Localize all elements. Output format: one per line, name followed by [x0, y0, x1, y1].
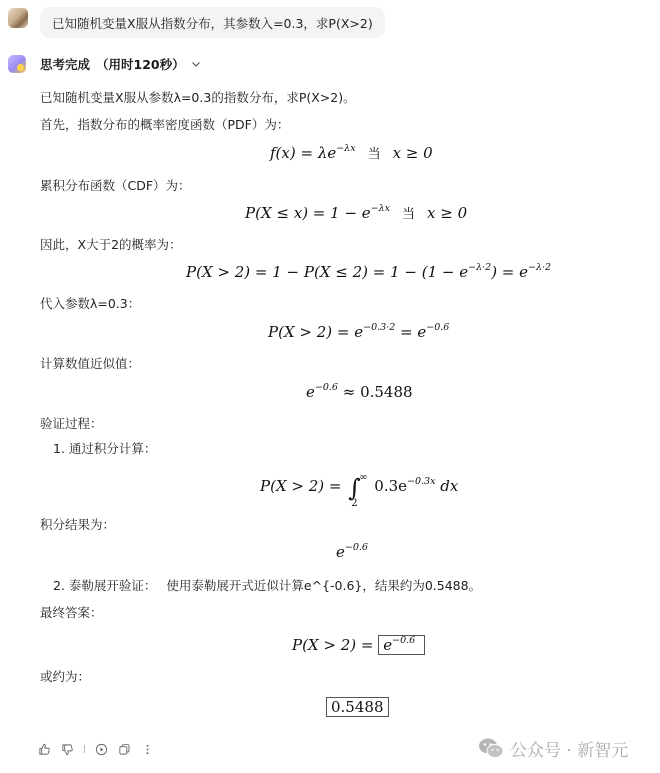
user-message-bubble: 已知随机变量X服从指数分布，其参数入=0.3，求P(X>2) — [40, 7, 385, 38]
cdf-label: 累积分布函数（CDF）为： — [40, 178, 191, 194]
subst-formula: P(X > 2) = e−0.3·2 = e−0.6 — [268, 322, 449, 342]
thinking-duration: （用时120秒） — [96, 55, 185, 73]
integral-result: e−0.6 — [336, 542, 368, 562]
play-icon[interactable] — [95, 743, 108, 756]
step2-line: 2. 泰勒展开验证： 使用泰勒展开式近似计算e^{-0.6}，结果约为0.548… — [53, 578, 481, 594]
pdf-formula: f(x) = λe−λx当x ≥ 0 — [270, 143, 433, 165]
wechat-icon — [478, 737, 504, 759]
alt-answer: 0.5488 — [326, 697, 389, 717]
watermark: 公众号 · 新智元 — [478, 735, 628, 761]
user-avatar — [8, 8, 28, 28]
cdf-formula: P(X ≤ x) = 1 − e−λx当x ≥ 0 — [245, 203, 467, 225]
chevron-down-icon — [191, 59, 201, 69]
alt-label: 或约为： — [40, 669, 90, 685]
final-formula: P(X > 2) = e−0.6 — [292, 635, 425, 655]
step1-label: 1. 通过积分计算： — [53, 441, 156, 457]
approx-formula: e−0.6 ≈ 0.5488 — [306, 382, 413, 402]
copy-icon[interactable] — [118, 743, 131, 756]
subst-label: 代入参数λ=0.3： — [40, 296, 140, 312]
more-icon[interactable] — [141, 743, 154, 756]
thumbs-down-icon[interactable] — [61, 743, 74, 756]
verify-label: 验证过程： — [40, 416, 103, 432]
user-message-text: 已知随机变量X服从指数分布，其参数入=0.3，求P(X>2) — [52, 14, 373, 32]
thinking-label: 思考完成 — [40, 55, 90, 73]
step2-text: 使用泰勒展开式近似计算e^{-0.6}，结果约为0.5488。 — [166, 578, 481, 593]
integral-formula: P(X > 2) = ∫∞2 0.3e−0.3x dx — [260, 476, 458, 498]
integral-result-label: 积分结果为： — [40, 517, 115, 533]
alt-boxed-answer: 0.5488 — [326, 697, 389, 717]
approx-label: 计算数值近似值： — [40, 356, 140, 372]
action-divider — [84, 745, 85, 753]
thinking-toggle[interactable]: 思考完成 （用时120秒） — [40, 54, 201, 74]
prob-label: 因此，X大于2的概率为： — [40, 237, 182, 253]
thumbs-up-icon[interactable] — [38, 743, 51, 756]
message-actions — [38, 741, 154, 757]
watermark-text: 公众号 · 新智元 — [510, 736, 628, 761]
assistant-avatar-icon — [8, 55, 26, 73]
intro-text: 已知随机变量X服从参数λ=0.3的指数分布，求P(X>2)。 — [40, 90, 356, 106]
pdf-label: 首先，指数分布的概率密度函数（PDF）为： — [40, 117, 289, 133]
final-label: 最终答案： — [40, 605, 103, 621]
step2-label: 2. 泰勒展开验证： — [53, 578, 156, 593]
final-boxed-answer: e−0.6 — [378, 635, 425, 655]
prob-formula: P(X > 2) = 1 − P(X ≤ 2) = 1 − (1 − e−λ·2… — [186, 262, 551, 282]
